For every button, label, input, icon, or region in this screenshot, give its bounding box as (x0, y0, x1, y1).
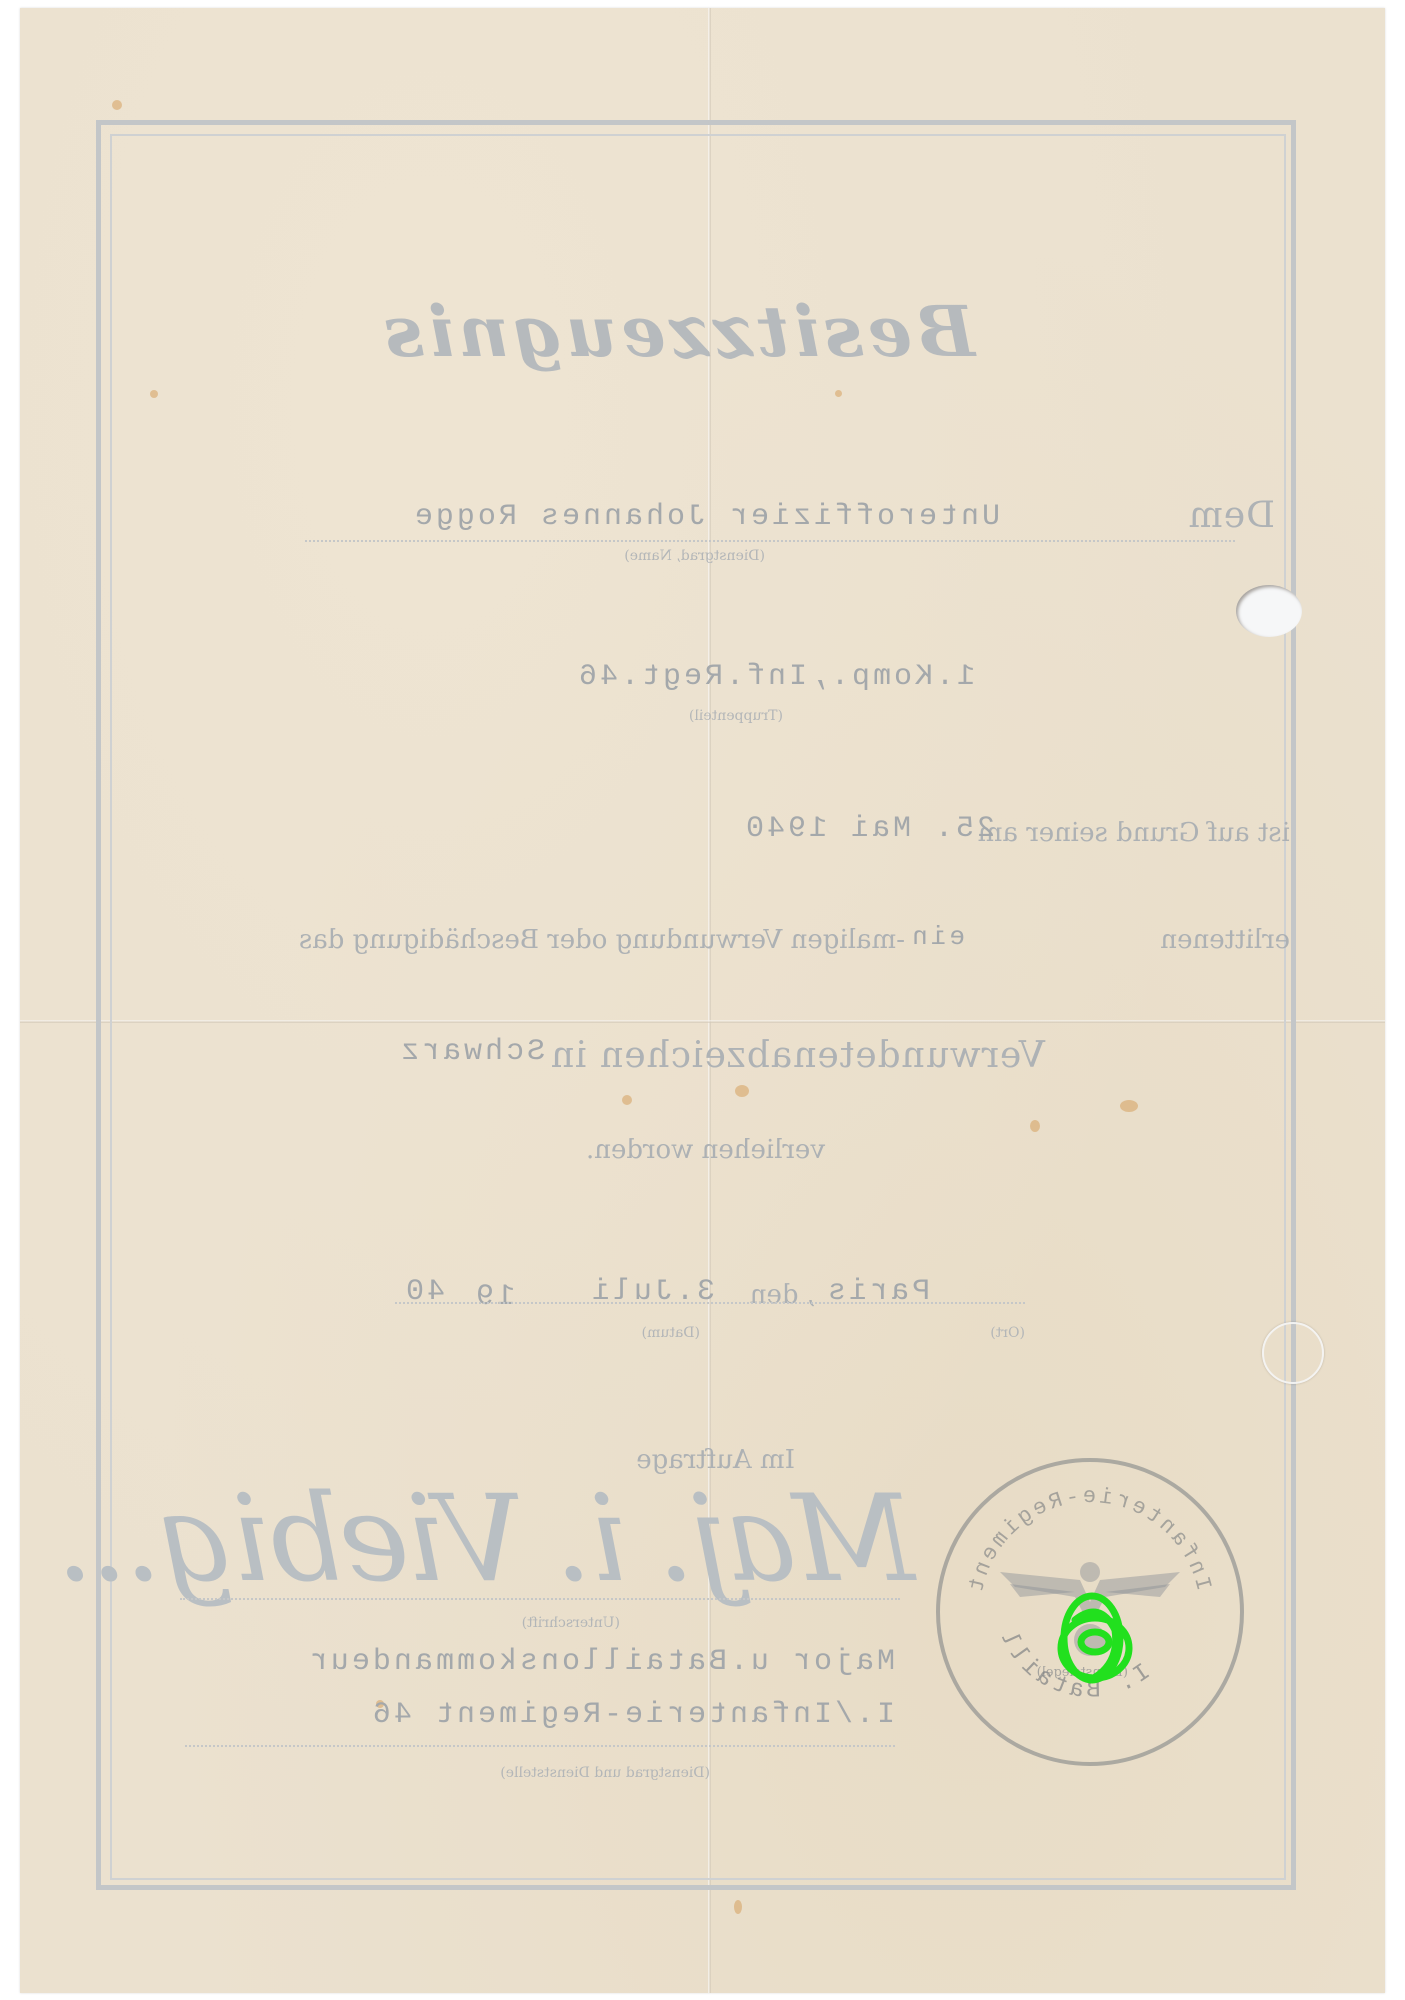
signature-caption: (Unterschrift) (522, 1615, 620, 1631)
wound-date: 25. Mai 1940 (743, 812, 995, 846)
recipient-caption: (Dienstgrad, Name) (624, 548, 765, 564)
unit-caption: (Truppenteil) (689, 708, 783, 724)
rank-dotted-line (185, 1745, 895, 1747)
recipient-name: Unteroffizier Johannes Rogge (412, 500, 1000, 534)
signature-dotted-line (180, 1598, 900, 1600)
wound-count: ein (909, 922, 965, 952)
recipient-dotted-line (305, 540, 1235, 542)
green-scribble-mark (1050, 1590, 1140, 1700)
rank-caption: (Dienstgrad und Dienststelle) (500, 1765, 710, 1781)
award-class: Schwarz (398, 1035, 545, 1069)
recipient-prefix: Dem (1188, 495, 1275, 536)
wound-prefix: erlittenen (1160, 925, 1290, 955)
reason-prefix: ist auf Grund seiner am (978, 818, 1290, 848)
year-prefix: 19 (473, 1280, 515, 1314)
date-dotted-line (395, 1302, 1025, 1304)
document-title: Besitzzeugnis (380, 290, 975, 373)
conferred-text: verliehen worden. (586, 1135, 825, 1165)
award-prefix: Verwundetenabzeichen in (550, 1035, 1045, 1076)
unit-value: 1.Komp.,Inf.Regt.46 (576, 660, 975, 694)
handwritten-signature: Maj. i. Viebig... (60, 1470, 915, 1609)
rank-line: Major u.Bataillonskommandeur (307, 1645, 895, 1679)
wound-suffix: -maligen Verwundung oder Beschädigung da… (299, 925, 905, 955)
unit-line: I./Infanterie-Regiment 46 (370, 1698, 895, 1732)
date-connector: , den (750, 1280, 815, 1310)
place-caption: (Ort) (990, 1325, 1025, 1341)
date-caption: (Datum) (642, 1325, 700, 1341)
